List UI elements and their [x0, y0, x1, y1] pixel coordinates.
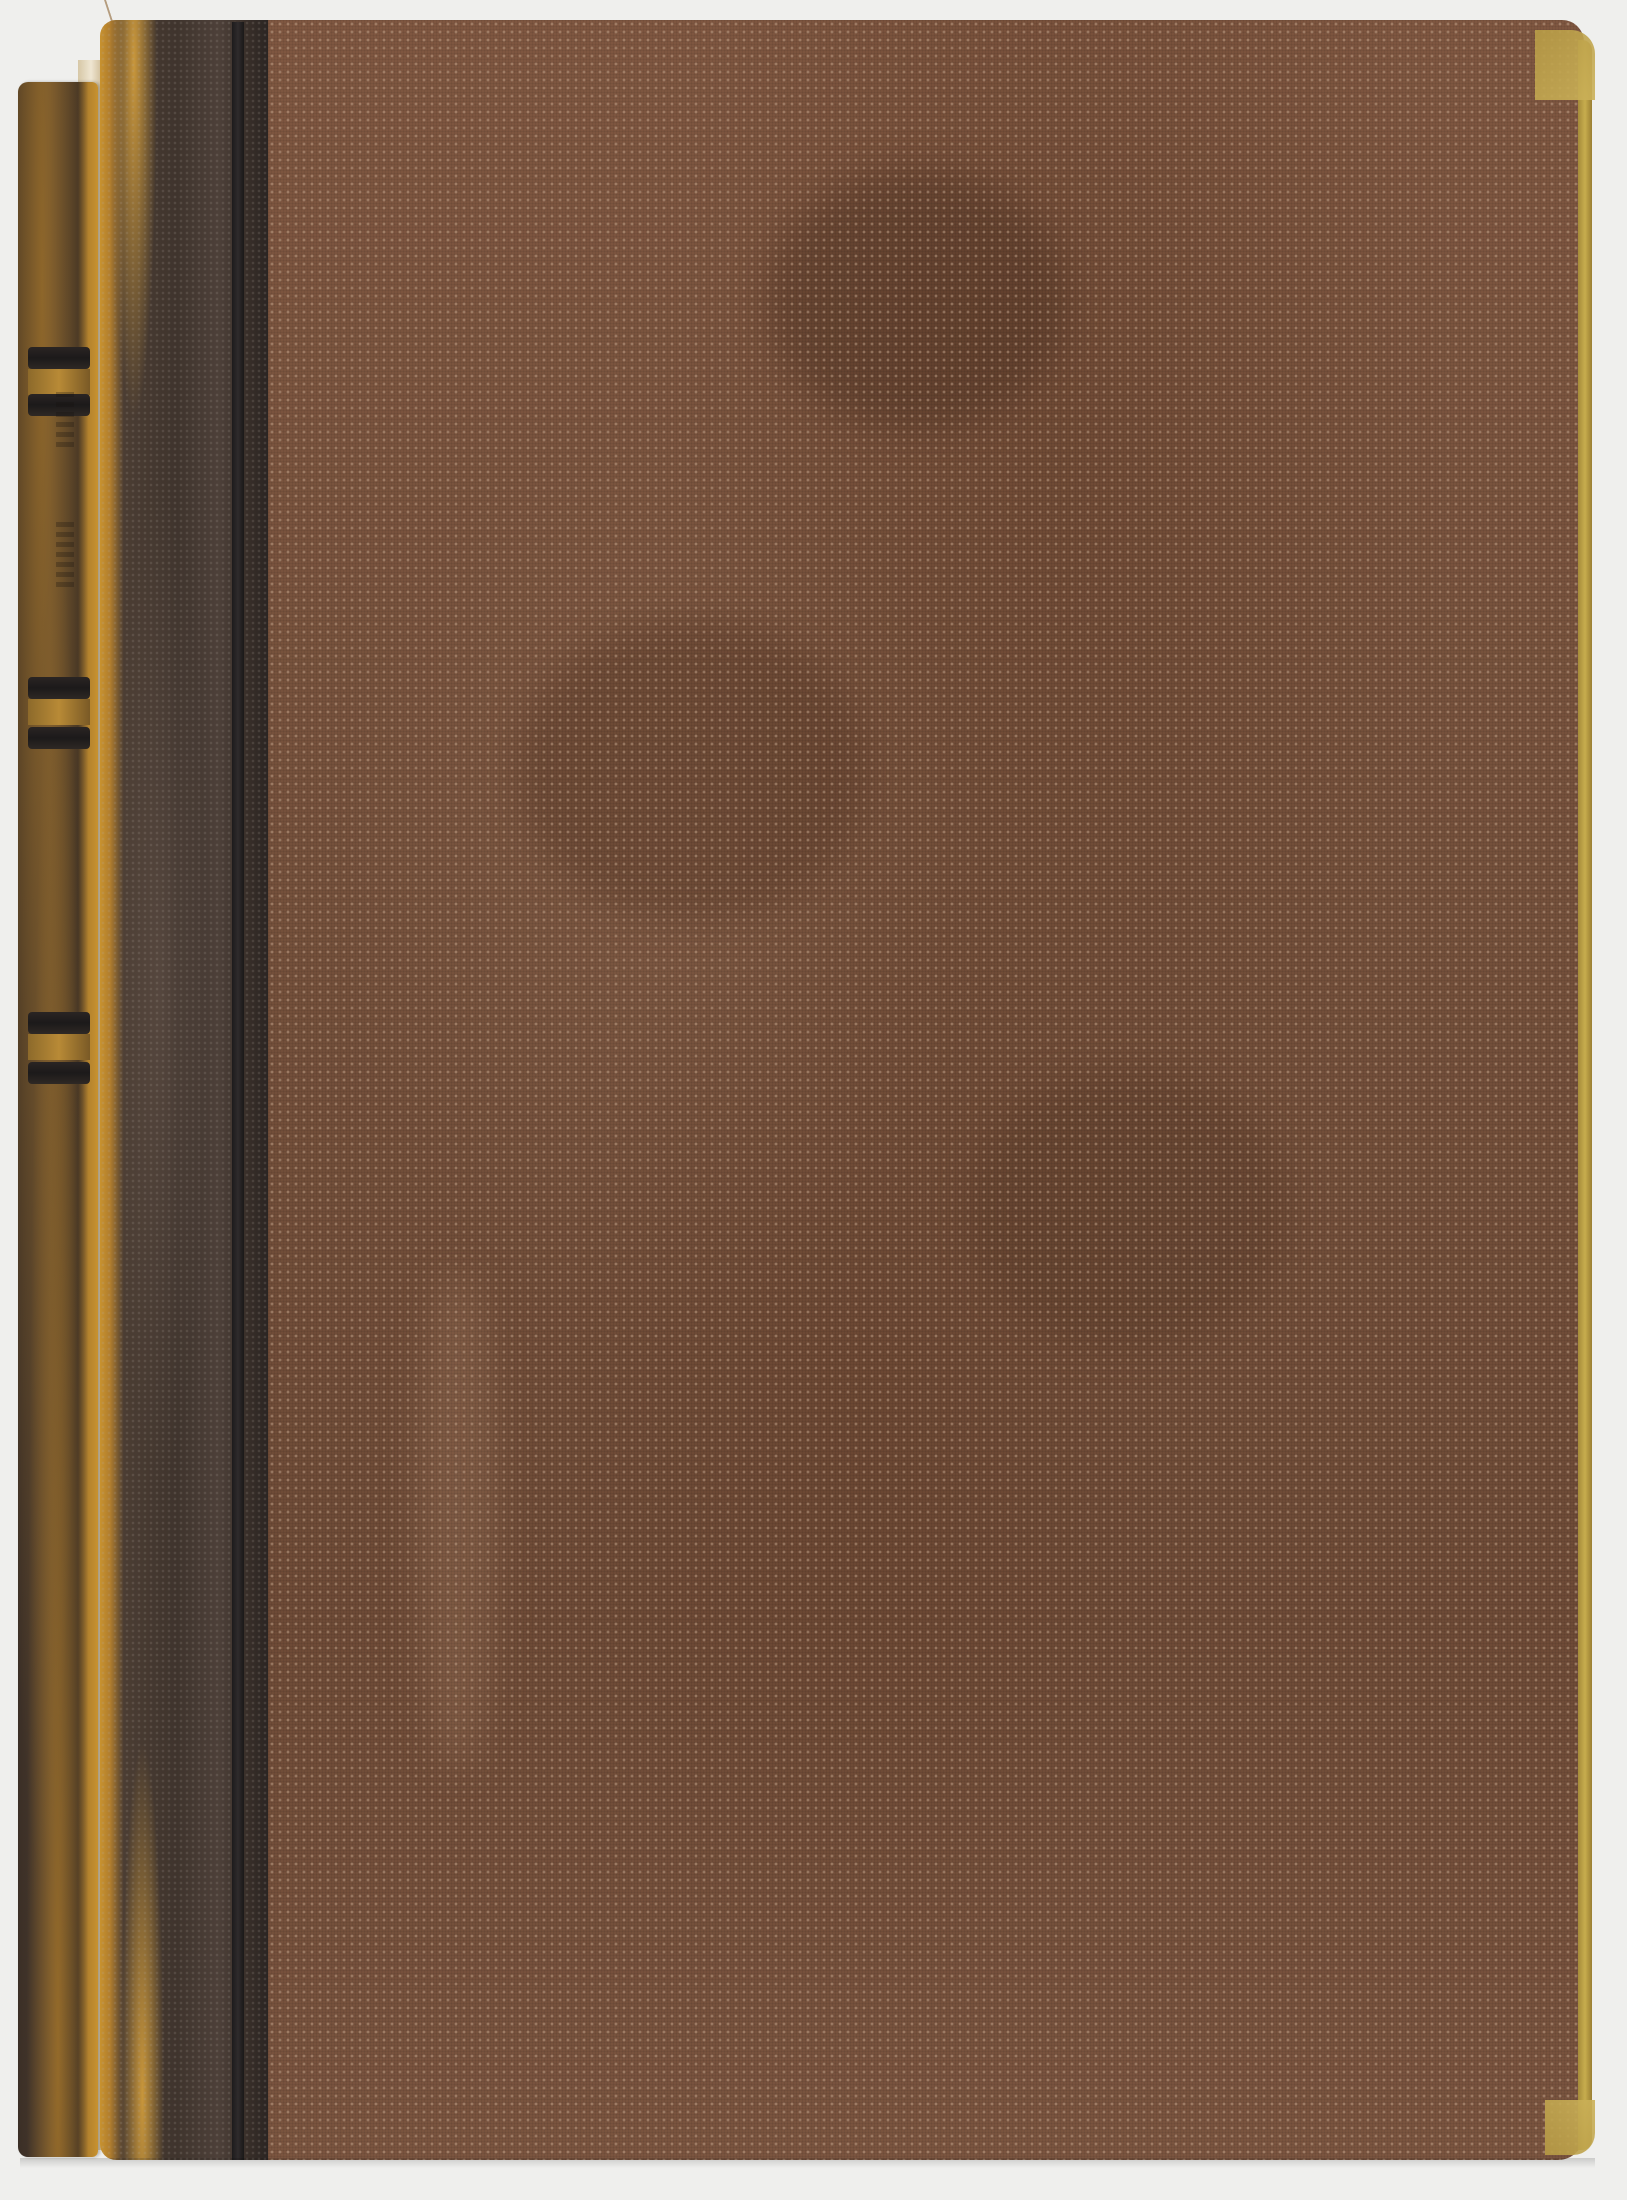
worn-fore-edge — [1578, 40, 1592, 2150]
detached-spine — [18, 82, 98, 2157]
book-shadow — [20, 2158, 1595, 2168]
joint-rule-line — [232, 22, 244, 2160]
worn-corner-top — [1535, 30, 1595, 100]
spine-worn-gap — [28, 1034, 90, 1060]
spine-raised-band — [28, 347, 90, 369]
book-photo — [0, 0, 1627, 2200]
leather-spine-joint — [100, 20, 270, 2160]
leather-grain — [100, 20, 270, 2160]
front-cover-cloth — [268, 20, 1584, 2160]
worn-corner-bottom — [1545, 2100, 1595, 2155]
spine-lettering — [56, 392, 74, 452]
spine-raised-band — [28, 1062, 90, 1084]
spine-lettering — [56, 522, 74, 592]
spine-raised-band — [28, 677, 90, 699]
spine-raised-band — [28, 1012, 90, 1034]
cloth-dot-pattern — [268, 20, 1584, 2160]
spine-worn-gap — [28, 699, 90, 725]
spine-raised-band — [28, 727, 90, 749]
